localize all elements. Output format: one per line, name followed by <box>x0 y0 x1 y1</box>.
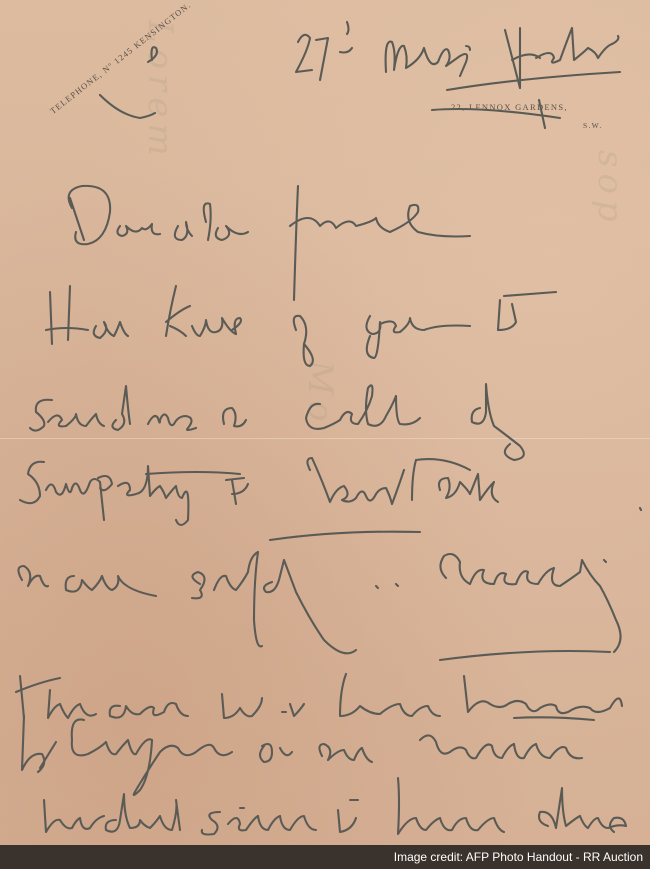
handwriting-date-place <box>296 22 620 90</box>
handwriting-line-8 <box>44 778 626 835</box>
handwriting-line-1 <box>69 186 470 300</box>
handwriting-line-5 <box>18 532 620 654</box>
handwriting-line-2 <box>46 286 556 366</box>
ink-flourish <box>100 95 155 118</box>
handwriting-ink <box>0 0 650 845</box>
letter-paper: Lorem Mo sop TELEPHONE, Nº 1245 KENSINGT… <box>0 0 650 845</box>
image-credit-bar: Image credit: AFP Photo Handout - RR Auc… <box>0 845 650 869</box>
image-credit-text: Image credit: AFP Photo Handout - RR Auc… <box>394 850 643 864</box>
handwriting-line-3 <box>30 384 524 460</box>
handwriting-line-4 <box>20 458 641 525</box>
handwriting-line-6 <box>16 651 622 718</box>
handwriting-line-7 <box>22 716 594 795</box>
letter-image: Lorem Mo sop TELEPHONE, Nº 1245 KENSINGT… <box>0 0 650 869</box>
